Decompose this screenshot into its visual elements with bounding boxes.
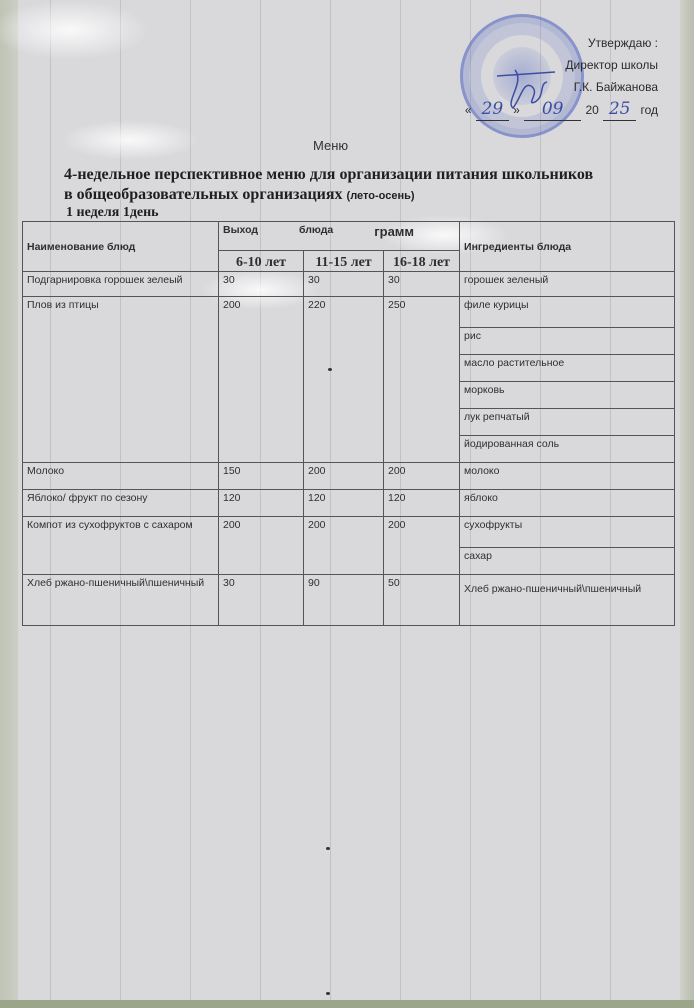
title-line-2-text: в общеобразовательных организациях: [64, 186, 343, 203]
yield-11-15: 200: [304, 517, 384, 575]
ingredient: филе курицы: [460, 297, 675, 328]
date-year-suffix: 25: [603, 98, 637, 121]
header-age-16-18: 16-18 лет: [384, 251, 460, 272]
menu-table: Наименование блюд Выход блюда грамм Ингр…: [22, 221, 675, 626]
title-line-1: 4-недельное перспективное меню для орган…: [64, 165, 664, 185]
dish-name: Хлеб ржано-пшеничный\пшеничный: [23, 575, 219, 626]
yield-6-10: 30: [219, 272, 304, 297]
date-year-label: год: [640, 99, 658, 121]
approve-label: Утверждаю :: [418, 32, 658, 54]
header-dish-name: Наименование блюд: [23, 222, 219, 272]
yield-6-10: 120: [219, 490, 304, 517]
header-age-11-15: 11-15 лет: [304, 251, 384, 272]
date-day: 29: [476, 98, 510, 121]
director-position: Директор школы: [418, 54, 658, 76]
season-label: (лето-осень): [347, 190, 415, 202]
yield-11-15: 200: [304, 463, 384, 490]
table-row: Яблоко/ фрукт по сезону 120 120 120 ябло…: [23, 490, 675, 517]
yield-16-18: 30: [384, 272, 460, 297]
director-name: Г.К. Байжанова: [418, 76, 658, 98]
yield-6-10: 150: [219, 463, 304, 490]
date-year-prefix: 20: [585, 99, 598, 121]
dish-name: Молоко: [23, 463, 219, 490]
header-yield-word1: Выход: [223, 224, 258, 236]
approval-block: Утверждаю : Директор школы Г.К. Байжанов…: [418, 32, 658, 121]
yield-16-18: 200: [384, 517, 460, 575]
quote-close: »: [513, 99, 520, 121]
background-floor: [0, 1000, 694, 1008]
ingredient: яблоко: [460, 490, 675, 517]
yield-11-15: 220: [304, 297, 384, 463]
yield-6-10: 30: [219, 575, 304, 626]
ingredient: сухофрукты: [460, 517, 675, 548]
approval-date: « 29 » 09 20 25 год: [418, 98, 658, 121]
yield-16-18: 120: [384, 490, 460, 517]
ingredient: масло растительное: [460, 355, 675, 382]
ingredient: йодированная соль: [460, 436, 675, 463]
table-row: Подгарнировка горошек зелеый 30 30 30 го…: [23, 272, 675, 297]
yield-16-18: 200: [384, 463, 460, 490]
date-month: 09: [524, 98, 582, 121]
yield-11-15: 90: [304, 575, 384, 626]
ingredient: молоко: [460, 463, 675, 490]
menu-label: Меню: [313, 138, 348, 153]
ingredient: горошек зеленый: [460, 272, 675, 297]
paper-speck: [326, 992, 330, 995]
dish-name: Яблоко/ фрукт по сезону: [23, 490, 219, 517]
ingredient: лук репчатый: [460, 409, 675, 436]
dish-name: Плов из птицы: [23, 297, 219, 463]
header-age-6-10: 6-10 лет: [219, 251, 304, 272]
title-line-2: в общеобразовательных организациях (лето…: [64, 185, 664, 206]
yield-6-10: 200: [219, 297, 304, 463]
yield-16-18: 250: [384, 297, 460, 463]
table-row: Молоко 150 200 200 молоко: [23, 463, 675, 490]
ingredient: морковь: [460, 382, 675, 409]
header-ingredients: Ингредиенты блюда: [460, 222, 675, 272]
header-yield: Выход блюда грамм: [219, 222, 460, 251]
ingredient: рис: [460, 328, 675, 355]
table-row: Хлеб ржано-пшеничный\пшеничный 30 90 50 …: [23, 575, 675, 626]
paper-speck: [326, 847, 330, 850]
paper-speck: [328, 368, 332, 371]
background-wall-right: [680, 0, 694, 1008]
ingredient: Хлеб ржано-пшеничный\пшеничный: [460, 575, 675, 626]
yield-6-10: 200: [219, 517, 304, 575]
document-title: 4-недельное перспективное меню для орган…: [64, 165, 664, 206]
yield-16-18: 50: [384, 575, 460, 626]
quote-open: «: [465, 99, 472, 121]
header-yield-unit: грамм: [374, 224, 414, 239]
table-row: Плов из птицы 200 220 250 филе курицы: [23, 297, 675, 328]
week-day-label: 1 неделя 1день: [66, 205, 159, 221]
yield-11-15: 120: [304, 490, 384, 517]
header-row: Наименование блюд Выход блюда грамм Ингр…: [23, 222, 675, 251]
dish-name: Компот из сухофруктов с сахаром: [23, 517, 219, 575]
dish-name: Подгарнировка горошек зелеый: [23, 272, 219, 297]
table-row: Компот из сухофруктов с сахаром 200 200 …: [23, 517, 675, 548]
ingredient: сахар: [460, 548, 675, 575]
header-yield-word2: блюда: [299, 224, 333, 236]
yield-11-15: 30: [304, 272, 384, 297]
